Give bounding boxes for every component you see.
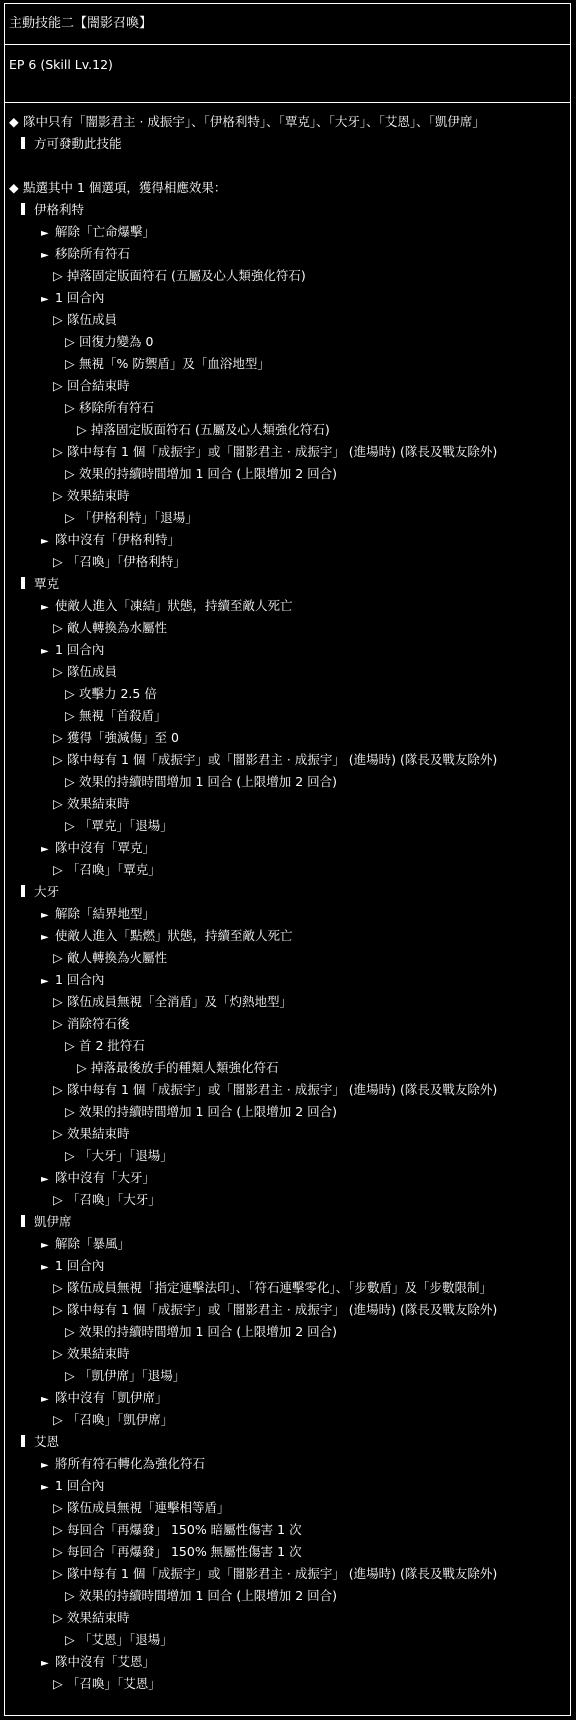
outline-triangle-bullet-icon: ▷ (65, 1321, 79, 1343)
description-line: ▷效果結束時 (9, 1343, 570, 1365)
description-line: ►1 回合內 (9, 287, 570, 309)
line-text: 隊中只有「闇影君主 · 成振宇」、「伊格利特」、「覃克」、「大牙」、「艾恩」、「… (23, 114, 485, 129)
description-line: ▷每回合「再爆發」 150% 暗屬性傷害 1 次 (9, 1519, 570, 1541)
line-text: 覃克 (34, 576, 59, 591)
line-text: 效果結束時 (67, 1126, 130, 1141)
filled-triangle-bullet-icon: ► (41, 1235, 55, 1257)
line-text: 獲得「強減傷」至 0 (67, 730, 179, 745)
line-text: 效果結束時 (67, 1610, 130, 1625)
description-line: ▷隊伍成員無視「指定連擊法印」、「符石連擊零化」、「步數盾」及「步數限制」 (9, 1277, 570, 1299)
outline-triangle-bullet-icon: ▷ (65, 815, 79, 837)
line-text: 攻擊力 2.5 倍 (79, 686, 157, 701)
description-line: ▷「召喚」「伊格利特」 (9, 551, 570, 573)
description-line: ►1 回合內 (9, 639, 570, 661)
outline-triangle-bullet-icon: ▷ (53, 947, 67, 969)
outline-triangle-bullet-icon: ▷ (53, 749, 67, 771)
description-line: ▷「覃克」「退場」 (9, 815, 570, 837)
outline-triangle-bullet-icon: ▷ (53, 375, 67, 397)
description-line: ►解除「結界地型」 (9, 903, 570, 925)
line-text: 「覃克」「退場」 (79, 818, 173, 833)
filled-triangle-bullet-icon: ► (41, 905, 55, 927)
line-text: 「召喚」「大牙」 (67, 1192, 161, 1207)
description-line: ▷隊伍成員 (9, 309, 570, 331)
line-text: 效果的持續時間增加 1 回合 (上限增加 2 回合) (79, 466, 337, 481)
outline-triangle-bullet-icon: ▷ (65, 705, 79, 727)
outline-triangle-bullet-icon: ▷ (53, 1123, 67, 1145)
description-line: ►1 回合內 (9, 969, 570, 991)
description-line: ▷隊伍成員無視「連擊相等盾」 (9, 1497, 570, 1519)
description-line: ▷「召喚」「艾恩」 (9, 1673, 570, 1695)
description-line: ▷「大牙」「退場」 (9, 1145, 570, 1167)
description-line: ▷移除所有符石 (9, 397, 570, 419)
bar-bullet-icon (21, 1215, 25, 1227)
outline-triangle-bullet-icon: ▷ (65, 331, 79, 353)
line-text: 凱伊席 (34, 1214, 72, 1229)
description-line: ▷效果結束時 (9, 1123, 570, 1145)
description-line: ▷隊中每有 1 個「成振宇」或「闇影君主 · 成振宇」 (進場時) (隊長及戰友… (9, 441, 570, 463)
description-line: ►解除「暴風」 (9, 1233, 570, 1255)
description-line: ▷效果的持續時間增加 1 回合 (上限增加 2 回合) (9, 1101, 570, 1123)
line-text: 「凱伊席」「退場」 (79, 1368, 185, 1383)
description-line: ▷效果結束時 (9, 793, 570, 815)
outline-triangle-bullet-icon: ▷ (53, 1497, 67, 1519)
skill-title: 主動技能二【闇影召喚】 (5, 4, 570, 45)
line-text: 隊中每有 1 個「成振宇」或「闇影君主 · 成振宇」 (進場時) (隊長及戰友除… (67, 1302, 497, 1317)
description-line: ▷隊中每有 1 個「成振宇」或「闇影君主 · 成振宇」 (進場時) (隊長及戰友… (9, 1079, 570, 1101)
outline-triangle-bullet-icon: ▷ (53, 1079, 67, 1101)
outline-triangle-bullet-icon: ▷ (53, 1673, 67, 1695)
outline-triangle-bullet-icon: ▷ (65, 507, 79, 529)
filled-triangle-bullet-icon: ► (41, 531, 55, 553)
line-text: 伊格利特 (34, 202, 84, 217)
filled-triangle-bullet-icon: ► (41, 597, 55, 619)
line-text: 效果的持續時間增加 1 回合 (上限增加 2 回合) (79, 1324, 337, 1339)
outline-triangle-bullet-icon: ▷ (77, 1057, 91, 1079)
line-text: 隊中沒有「大牙」 (55, 1170, 155, 1185)
filled-triangle-bullet-icon: ► (41, 971, 55, 993)
outline-triangle-bullet-icon: ▷ (65, 1101, 79, 1123)
description-line: ▷「艾恩」「退場」 (9, 1629, 570, 1651)
line-text: 使敵人進入「凍結」狀態，持續至敵人死亡 (55, 598, 293, 613)
option-heading: 凱伊席 (9, 1211, 570, 1233)
description-line: ▷隊中每有 1 個「成振宇」或「闇影君主 · 成振宇」 (進場時) (隊長及戰友… (9, 1299, 570, 1321)
description-line: ▷每回合「再爆發」 150% 無屬性傷害 1 次 (9, 1541, 570, 1563)
outline-triangle-bullet-icon: ▷ (53, 1299, 67, 1321)
bar-bullet-icon (21, 885, 25, 897)
line-text: 隊伍成員無視「連擊相等盾」 (67, 1500, 230, 1515)
line-text: 移除所有符石 (79, 400, 154, 415)
line-text: 大牙 (34, 884, 59, 899)
description-line: ▷消除符石後 (9, 1013, 570, 1035)
description-line: ▷無視「首殺盾」 (9, 705, 570, 727)
line-text: 效果的持續時間增加 1 回合 (上限增加 2 回合) (79, 1588, 337, 1603)
outline-triangle-bullet-icon: ▷ (53, 859, 67, 881)
outline-triangle-bullet-icon: ▷ (53, 1013, 67, 1035)
line-text: 回合結束時 (67, 378, 130, 393)
filled-triangle-bullet-icon: ► (41, 1169, 55, 1191)
line-text: 回復力變為 0 (79, 334, 153, 349)
line-text: 「召喚」「伊格利特」 (67, 554, 186, 569)
outline-triangle-bullet-icon: ▷ (65, 1145, 79, 1167)
filled-triangle-bullet-icon: ► (41, 245, 55, 267)
outline-triangle-bullet-icon: ▷ (53, 991, 67, 1013)
description-line: ▷隊中每有 1 個「成振宇」或「闇影君主 · 成振宇」 (進場時) (隊長及戰友… (9, 1563, 570, 1585)
description-line: ►解除「亡命爆擊」 (9, 221, 570, 243)
line-text: 1 回合內 (55, 1478, 104, 1493)
line-text: 解除「結界地型」 (55, 906, 155, 921)
bar-bullet-icon (21, 203, 25, 215)
outline-triangle-bullet-icon: ▷ (65, 463, 79, 485)
description-line: ►將所有符石轉化為強化符石 (9, 1453, 570, 1475)
option-heading: 方可發動此技能 (9, 133, 570, 155)
line-text: 效果結束時 (67, 796, 130, 811)
line-text: 首 2 批符石 (79, 1038, 145, 1053)
line-text: 「艾恩」「退場」 (79, 1632, 173, 1647)
line-text: 效果的持續時間增加 1 回合 (上限增加 2 回合) (79, 774, 337, 789)
description-line: ►隊中沒有「伊格利特」 (9, 529, 570, 551)
filled-triangle-bullet-icon: ► (41, 1257, 55, 1279)
line-text: 隊伍成員無視「指定連擊法印」、「符石連擊零化」、「步數盾」及「步數限制」 (67, 1280, 492, 1295)
outline-triangle-bullet-icon: ▷ (65, 1365, 79, 1387)
outline-triangle-bullet-icon: ▷ (65, 1629, 79, 1651)
description-line: ▷敵人轉換為水屬性 (9, 617, 570, 639)
outline-triangle-bullet-icon: ▷ (53, 727, 67, 749)
description-line: ▷「召喚」「凱伊席」 (9, 1409, 570, 1431)
skill-cost: EP 6 (Skill Lv.12) (5, 45, 570, 103)
line-text: 效果結束時 (67, 488, 130, 503)
line-text: 每回合「再爆發」 150% 暗屬性傷害 1 次 (67, 1522, 302, 1537)
outline-triangle-bullet-icon: ▷ (65, 1585, 79, 1607)
description-line: ▷掉落固定版面符石 (五屬及心人類強化符石) (9, 265, 570, 287)
bar-bullet-icon (21, 577, 25, 589)
line-text: 艾恩 (34, 1434, 59, 1449)
description-line: ▷首 2 批符石 (9, 1035, 570, 1057)
outline-triangle-bullet-icon: ▷ (65, 1035, 79, 1057)
line-text: 1 回合內 (55, 972, 104, 987)
description-line: ▷效果的持續時間增加 1 回合 (上限增加 2 回合) (9, 771, 570, 793)
line-text: 解除「亡命爆擊」 (55, 224, 155, 239)
line-text: 掉落固定版面符石 (五屬及心人類強化符石) (67, 268, 306, 283)
option-heading: 艾恩 (9, 1431, 570, 1453)
line-text: 「召喚」「凱伊席」 (67, 1412, 173, 1427)
line-text: 效果結束時 (67, 1346, 130, 1361)
line-text: 移除所有符石 (55, 246, 130, 261)
line-text: 「召喚」「覃克」 (67, 862, 161, 877)
skill-card: 主動技能二【闇影召喚】 EP 6 (Skill Lv.12) ◆隊中只有「闇影君… (4, 3, 571, 1716)
outline-triangle-bullet-icon: ▷ (53, 661, 67, 683)
description-line: ►1 回合內 (9, 1475, 570, 1497)
filled-triangle-bullet-icon: ► (41, 223, 55, 245)
line-text: 隊中沒有「伊格利特」 (55, 532, 180, 547)
line-text: 隊中每有 1 個「成振宇」或「闇影君主 · 成振宇」 (進場時) (隊長及戰友除… (67, 1082, 497, 1097)
line-text: 敵人轉換為火屬性 (67, 950, 167, 965)
outline-triangle-bullet-icon: ▷ (53, 441, 67, 463)
outline-triangle-bullet-icon: ▷ (53, 1541, 67, 1563)
description-line: ▷隊伍成員無視「全消盾」及「灼熱地型」 (9, 991, 570, 1013)
outline-triangle-bullet-icon: ▷ (53, 551, 67, 573)
line-text: 隊伍成員 (67, 312, 117, 327)
line-text: 隊中沒有「覃克」 (55, 840, 155, 855)
description-line: ▷「召喚」「覃克」 (9, 859, 570, 881)
option-heading: 大牙 (9, 881, 570, 903)
outline-triangle-bullet-icon: ▷ (65, 771, 79, 793)
outline-triangle-bullet-icon: ▷ (53, 485, 67, 507)
description-line: ▷「凱伊席」「退場」 (9, 1365, 570, 1387)
skill-description: ◆隊中只有「闇影君主 · 成振宇」、「伊格利特」、「覃克」、「大牙」、「艾恩」、… (5, 103, 570, 1695)
line-text: 無視「% 防禦盾」及「血浴地型」 (79, 356, 270, 371)
description-line: ▷隊中每有 1 個「成振宇」或「闇影君主 · 成振宇」 (進場時) (隊長及戰友… (9, 749, 570, 771)
outline-triangle-bullet-icon: ▷ (53, 793, 67, 815)
diamond-bullet-icon: ◆ (9, 111, 23, 133)
outline-triangle-bullet-icon: ▷ (53, 1563, 67, 1585)
filled-triangle-bullet-icon: ► (41, 1455, 55, 1477)
outline-triangle-bullet-icon: ▷ (53, 1277, 67, 1299)
outline-triangle-bullet-icon: ▷ (53, 1519, 67, 1541)
description-line: ▷回合結束時 (9, 375, 570, 397)
outline-triangle-bullet-icon: ▷ (65, 353, 79, 375)
line-text: 隊中每有 1 個「成振宇」或「闇影君主 · 成振宇」 (進場時) (隊長及戰友除… (67, 444, 497, 459)
diamond-bullet-icon: ◆ (9, 177, 23, 199)
filled-triangle-bullet-icon: ► (41, 289, 55, 311)
line-text: 隊中每有 1 個「成振宇」或「闇影君主 · 成振宇」 (進場時) (隊長及戰友除… (67, 752, 497, 767)
line-text: 方可發動此技能 (34, 136, 122, 151)
description-line (9, 155, 570, 177)
line-text: 使敵人進入「點燃」狀態，持續至敵人死亡 (55, 928, 293, 943)
description-line: ►使敵人進入「點燃」狀態，持續至敵人死亡 (9, 925, 570, 947)
bar-bullet-icon (21, 1435, 25, 1447)
line-text: 隊中每有 1 個「成振宇」或「闇影君主 · 成振宇」 (進場時) (隊長及戰友除… (67, 1566, 497, 1581)
line-text: 效果的持續時間增加 1 回合 (上限增加 2 回合) (79, 1104, 337, 1119)
line-text: 解除「暴風」 (55, 1236, 130, 1251)
line-text: 1 回合內 (55, 290, 104, 305)
line-text: 「伊格利特」「退場」 (79, 510, 198, 525)
filled-triangle-bullet-icon: ► (41, 1389, 55, 1411)
line-text: 1 回合內 (55, 642, 104, 657)
line-text: 掉落最後放手的種類人類強化符石 (91, 1060, 279, 1075)
description-line: ▷回復力變為 0 (9, 331, 570, 353)
description-line: ▷獲得「強減傷」至 0 (9, 727, 570, 749)
description-line: ▷無視「% 防禦盾」及「血浴地型」 (9, 353, 570, 375)
filled-triangle-bullet-icon: ► (41, 839, 55, 861)
outline-triangle-bullet-icon: ▷ (53, 617, 67, 639)
description-line: ▷敵人轉換為火屬性 (9, 947, 570, 969)
description-line: ▷效果結束時 (9, 485, 570, 507)
line-text: 隊中沒有「凱伊席」 (55, 1390, 168, 1405)
description-line: ►隊中沒有「大牙」 (9, 1167, 570, 1189)
description-line: ◆點選其中 1 個選項，獲得相應效果： (9, 177, 570, 199)
outline-triangle-bullet-icon: ▷ (65, 397, 79, 419)
description-line: ▷掉落最後放手的種類人類強化符石 (9, 1057, 570, 1079)
description-line: ▷效果的持續時間增加 1 回合 (上限增加 2 回合) (9, 463, 570, 485)
line-text: 1 回合內 (55, 1258, 104, 1273)
description-line: ►移除所有符石 (9, 243, 570, 265)
line-text: 消除符石後 (67, 1016, 130, 1031)
line-text: 隊伍成員 (67, 664, 117, 679)
line-text: 掉落固定版面符石 (五屬及心人類強化符石) (91, 422, 330, 437)
filled-triangle-bullet-icon: ► (41, 1653, 55, 1675)
line-text: 每回合「再爆發」 150% 無屬性傷害 1 次 (67, 1544, 302, 1559)
outline-triangle-bullet-icon: ▷ (53, 1343, 67, 1365)
description-line: ◆隊中只有「闇影君主 · 成振宇」、「伊格利特」、「覃克」、「大牙」、「艾恩」、… (9, 111, 570, 133)
option-heading: 覃克 (9, 573, 570, 595)
description-line: ▷效果的持續時間增加 1 回合 (上限增加 2 回合) (9, 1321, 570, 1343)
description-line: ▷「召喚」「大牙」 (9, 1189, 570, 1211)
outline-triangle-bullet-icon: ▷ (53, 1607, 67, 1629)
outline-triangle-bullet-icon: ▷ (53, 1409, 67, 1431)
outline-triangle-bullet-icon: ▷ (65, 683, 79, 705)
filled-triangle-bullet-icon: ► (41, 641, 55, 663)
outline-triangle-bullet-icon: ▷ (77, 419, 91, 441)
description-line: ▷效果結束時 (9, 1607, 570, 1629)
line-text: 隊中沒有「艾恩」 (55, 1654, 155, 1669)
line-text: 「大牙」「退場」 (79, 1148, 173, 1163)
outline-triangle-bullet-icon: ▷ (53, 265, 67, 287)
bar-bullet-icon (21, 137, 25, 149)
outline-triangle-bullet-icon: ▷ (53, 309, 67, 331)
outline-triangle-bullet-icon: ▷ (53, 1189, 67, 1211)
line-text: 點選其中 1 個選項，獲得相應效果： (23, 180, 226, 195)
description-line: ►使敵人進入「凍結」狀態，持續至敵人死亡 (9, 595, 570, 617)
description-line: ▷掉落固定版面符石 (五屬及心人類強化符石) (9, 419, 570, 441)
description-line: ▷隊伍成員 (9, 661, 570, 683)
line-text: 將所有符石轉化為強化符石 (55, 1456, 205, 1471)
description-line: ►隊中沒有「艾恩」 (9, 1651, 570, 1673)
filled-triangle-bullet-icon: ► (41, 927, 55, 949)
filled-triangle-bullet-icon: ► (41, 1477, 55, 1499)
line-text: 隊伍成員無視「全消盾」及「灼熱地型」 (67, 994, 292, 1009)
option-heading: 伊格利特 (9, 199, 570, 221)
line-text: 「召喚」「艾恩」 (67, 1676, 161, 1691)
line-text: 敵人轉換為水屬性 (67, 620, 167, 635)
description-line: ▷效果的持續時間增加 1 回合 (上限增加 2 回合) (9, 1585, 570, 1607)
description-line: ►隊中沒有「覃克」 (9, 837, 570, 859)
description-line: ►隊中沒有「凱伊席」 (9, 1387, 570, 1409)
description-line: ▷「伊格利特」「退場」 (9, 507, 570, 529)
description-line: ►1 回合內 (9, 1255, 570, 1277)
description-line: ▷攻擊力 2.5 倍 (9, 683, 570, 705)
line-text: 無視「首殺盾」 (79, 708, 167, 723)
